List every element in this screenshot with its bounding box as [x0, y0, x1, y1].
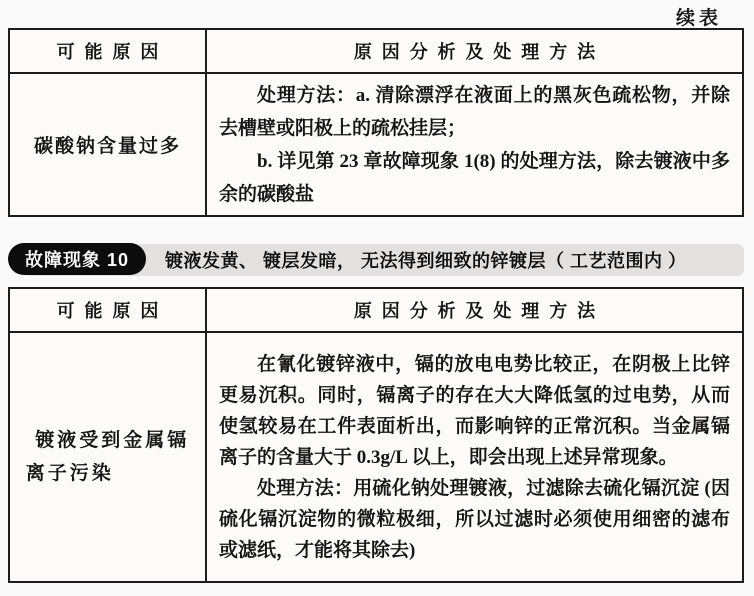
table1-header-analysis-label: 原因分析及处理方法	[344, 38, 605, 64]
fault-number-badge: 故障现象 10	[8, 243, 146, 275]
table2-analysis-paragraph-2: 处理方法：用硫化钠处理镀液，过滤除去硫化镉沉淀 (因硫化镉沉淀物的微粒极细，所以…	[219, 473, 730, 566]
scanned-page: { "page": { "continued_label": "续表" }, "…	[0, 0, 754, 596]
table2-header-analysis: 原因分析及处理方法	[207, 289, 742, 331]
continued-table-label: 续表	[676, 3, 722, 30]
table1-cause-text: 碳酸钠含量过多	[34, 131, 181, 158]
table2-header-analysis-label: 原因分析及处理方法	[344, 297, 605, 323]
table2-row: 镀液受到金属镉 离子污染 在氰化镀锌液中，镉的放电电势比较正，在阴极上比锌更易沉…	[10, 333, 742, 581]
table1-analysis-text: 处理方法：a. 清除漂浮在液面上的黑灰色疏松物，并除去槽壁或阳极上的疏松挂层； …	[207, 75, 742, 215]
table1-header-row: 可能原因 原因分析及处理方法	[10, 30, 742, 74]
table2-cause-line1: 镀液受到金属镉	[26, 424, 190, 457]
table2-header-cause: 可能原因	[10, 289, 207, 331]
table-cadmium-contamination: 可能原因 原因分析及处理方法 镀液受到金属镉 离子污染 在氰化镀锌液中，镉的放电…	[8, 287, 744, 583]
table2-cause-text: 镀液受到金属镉 离子污染	[16, 424, 200, 490]
treatment-method-lead: 处理方法：	[257, 478, 353, 499]
fault-banner-title: 镀液发黄、 镀层发暗， 无法得到细致的锌镀层（ 工艺范围内 ）	[165, 244, 687, 276]
table2-analysis-text: 在氰化镀锌液中，镉的放电电势比较正，在阴极上比锌更易沉积。同时，镉离子的存在大大…	[207, 345, 742, 570]
table1-analysis-cell: 处理方法：a. 清除漂浮在液面上的黑灰色疏松物，并除去槽壁或阳极上的疏松挂层； …	[207, 74, 742, 215]
table2-cause-cell: 镀液受到金属镉 离子污染	[10, 333, 207, 581]
table2-header-cause-label: 可能原因	[47, 297, 169, 323]
table2-analysis-cell: 在氰化镀锌液中，镉的放电电势比较正，在阴极上比锌更易沉积。同时，镉离子的存在大大…	[207, 333, 742, 581]
treatment-method-lead: 处理方法：	[257, 85, 356, 106]
table1-analysis-paragraph-b: b. 详见第 23 章故障现象 1(8) 的处理方法，除去镀液中多余的碳酸盐	[219, 145, 730, 211]
table1-row: 碳酸钠含量过多 处理方法：a. 清除漂浮在液面上的黑灰色疏松物，并除去槽壁或阳极…	[10, 74, 742, 215]
table1-header-cause-label: 可能原因	[47, 38, 169, 64]
table2-analysis-paragraph-1: 在氰化镀锌液中，镉的放电电势比较正，在阴极上比锌更易沉积。同时，镉离子的存在大大…	[219, 349, 730, 473]
fault-banner: 故障现象 10 镀液发黄、 镀层发暗， 无法得到细致的锌镀层（ 工艺范围内 ）	[8, 243, 746, 277]
table2-header-row: 可能原因 原因分析及处理方法	[10, 289, 742, 333]
table1-header-cause: 可能原因	[10, 30, 207, 72]
table1-header-analysis: 原因分析及处理方法	[207, 30, 742, 72]
table2-cause-line2: 离子污染	[26, 457, 190, 490]
table1-analysis-paragraph-a: 处理方法：a. 清除漂浮在液面上的黑灰色疏松物，并除去槽壁或阳极上的疏松挂层；	[219, 79, 730, 145]
table1-cause-cell: 碳酸钠含量过多	[10, 74, 207, 215]
table-carbonate-excess: 可能原因 原因分析及处理方法 碳酸钠含量过多 处理方法：a. 清除漂浮在液面上的…	[8, 28, 744, 217]
